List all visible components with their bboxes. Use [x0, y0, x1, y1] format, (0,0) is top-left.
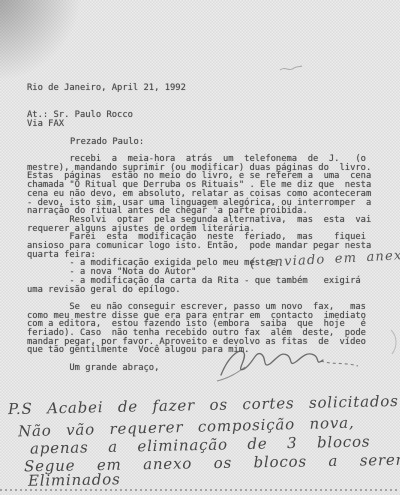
via-fax-line: Via FAX — [27, 120, 133, 129]
signature-scrawl — [215, 343, 365, 385]
letter-date: Rio de Janeiro, April 21, 1992 — [27, 84, 186, 93]
ps-line-5: Eliminados — [28, 470, 121, 490]
salutation: Prezado Paulo: — [70, 138, 144, 147]
pencil-check-mark — [278, 63, 304, 75]
scan-edge-dotted-line — [0, 489, 400, 491]
recipient-block: At.: Sr. Paulo RoccoVia FAX — [27, 111, 133, 128]
stray-pen-mark — [388, 328, 400, 356]
scanned-letter-page: Rio de Janeiro, April 21, 1992 At.: Sr. … — [0, 0, 400, 495]
